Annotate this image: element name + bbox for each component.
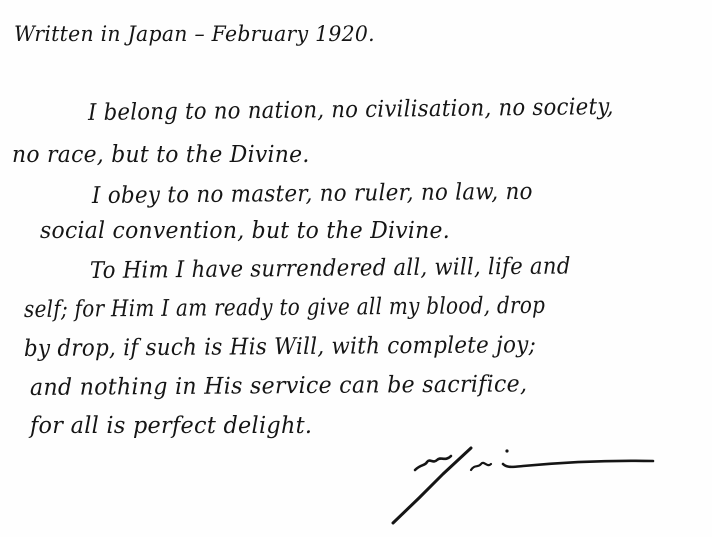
paragraph-2-line-2: social convention, but to the Divine. [40, 218, 450, 244]
letter-heading: Written in Japan – February 1920. [14, 22, 375, 46]
paragraph-1-line-1: I belong to no nation, no civilisation, … [88, 94, 614, 126]
signature-icon [385, 430, 675, 530]
paragraph-2-line-1: I obey to no master, no ruler, no law, n… [92, 179, 533, 209]
paragraph-3-line-4: and nothing in His service can be sacrif… [30, 371, 527, 401]
paragraph-1-line-2: no race, but to the Divine. [12, 142, 310, 168]
paragraph-3-line-3: by drop, if such is His Will, with compl… [24, 332, 536, 362]
paragraph-3-line-1: To Him I have surrendered all, will, lif… [90, 253, 571, 284]
paragraph-3-line-5: for all is perfect delight. [30, 413, 312, 439]
handwritten-letter: Written in Japan – February 1920. I belo… [0, 0, 712, 537]
paragraph-3-line-2: self; for Him I am ready to give all my … [24, 293, 545, 323]
